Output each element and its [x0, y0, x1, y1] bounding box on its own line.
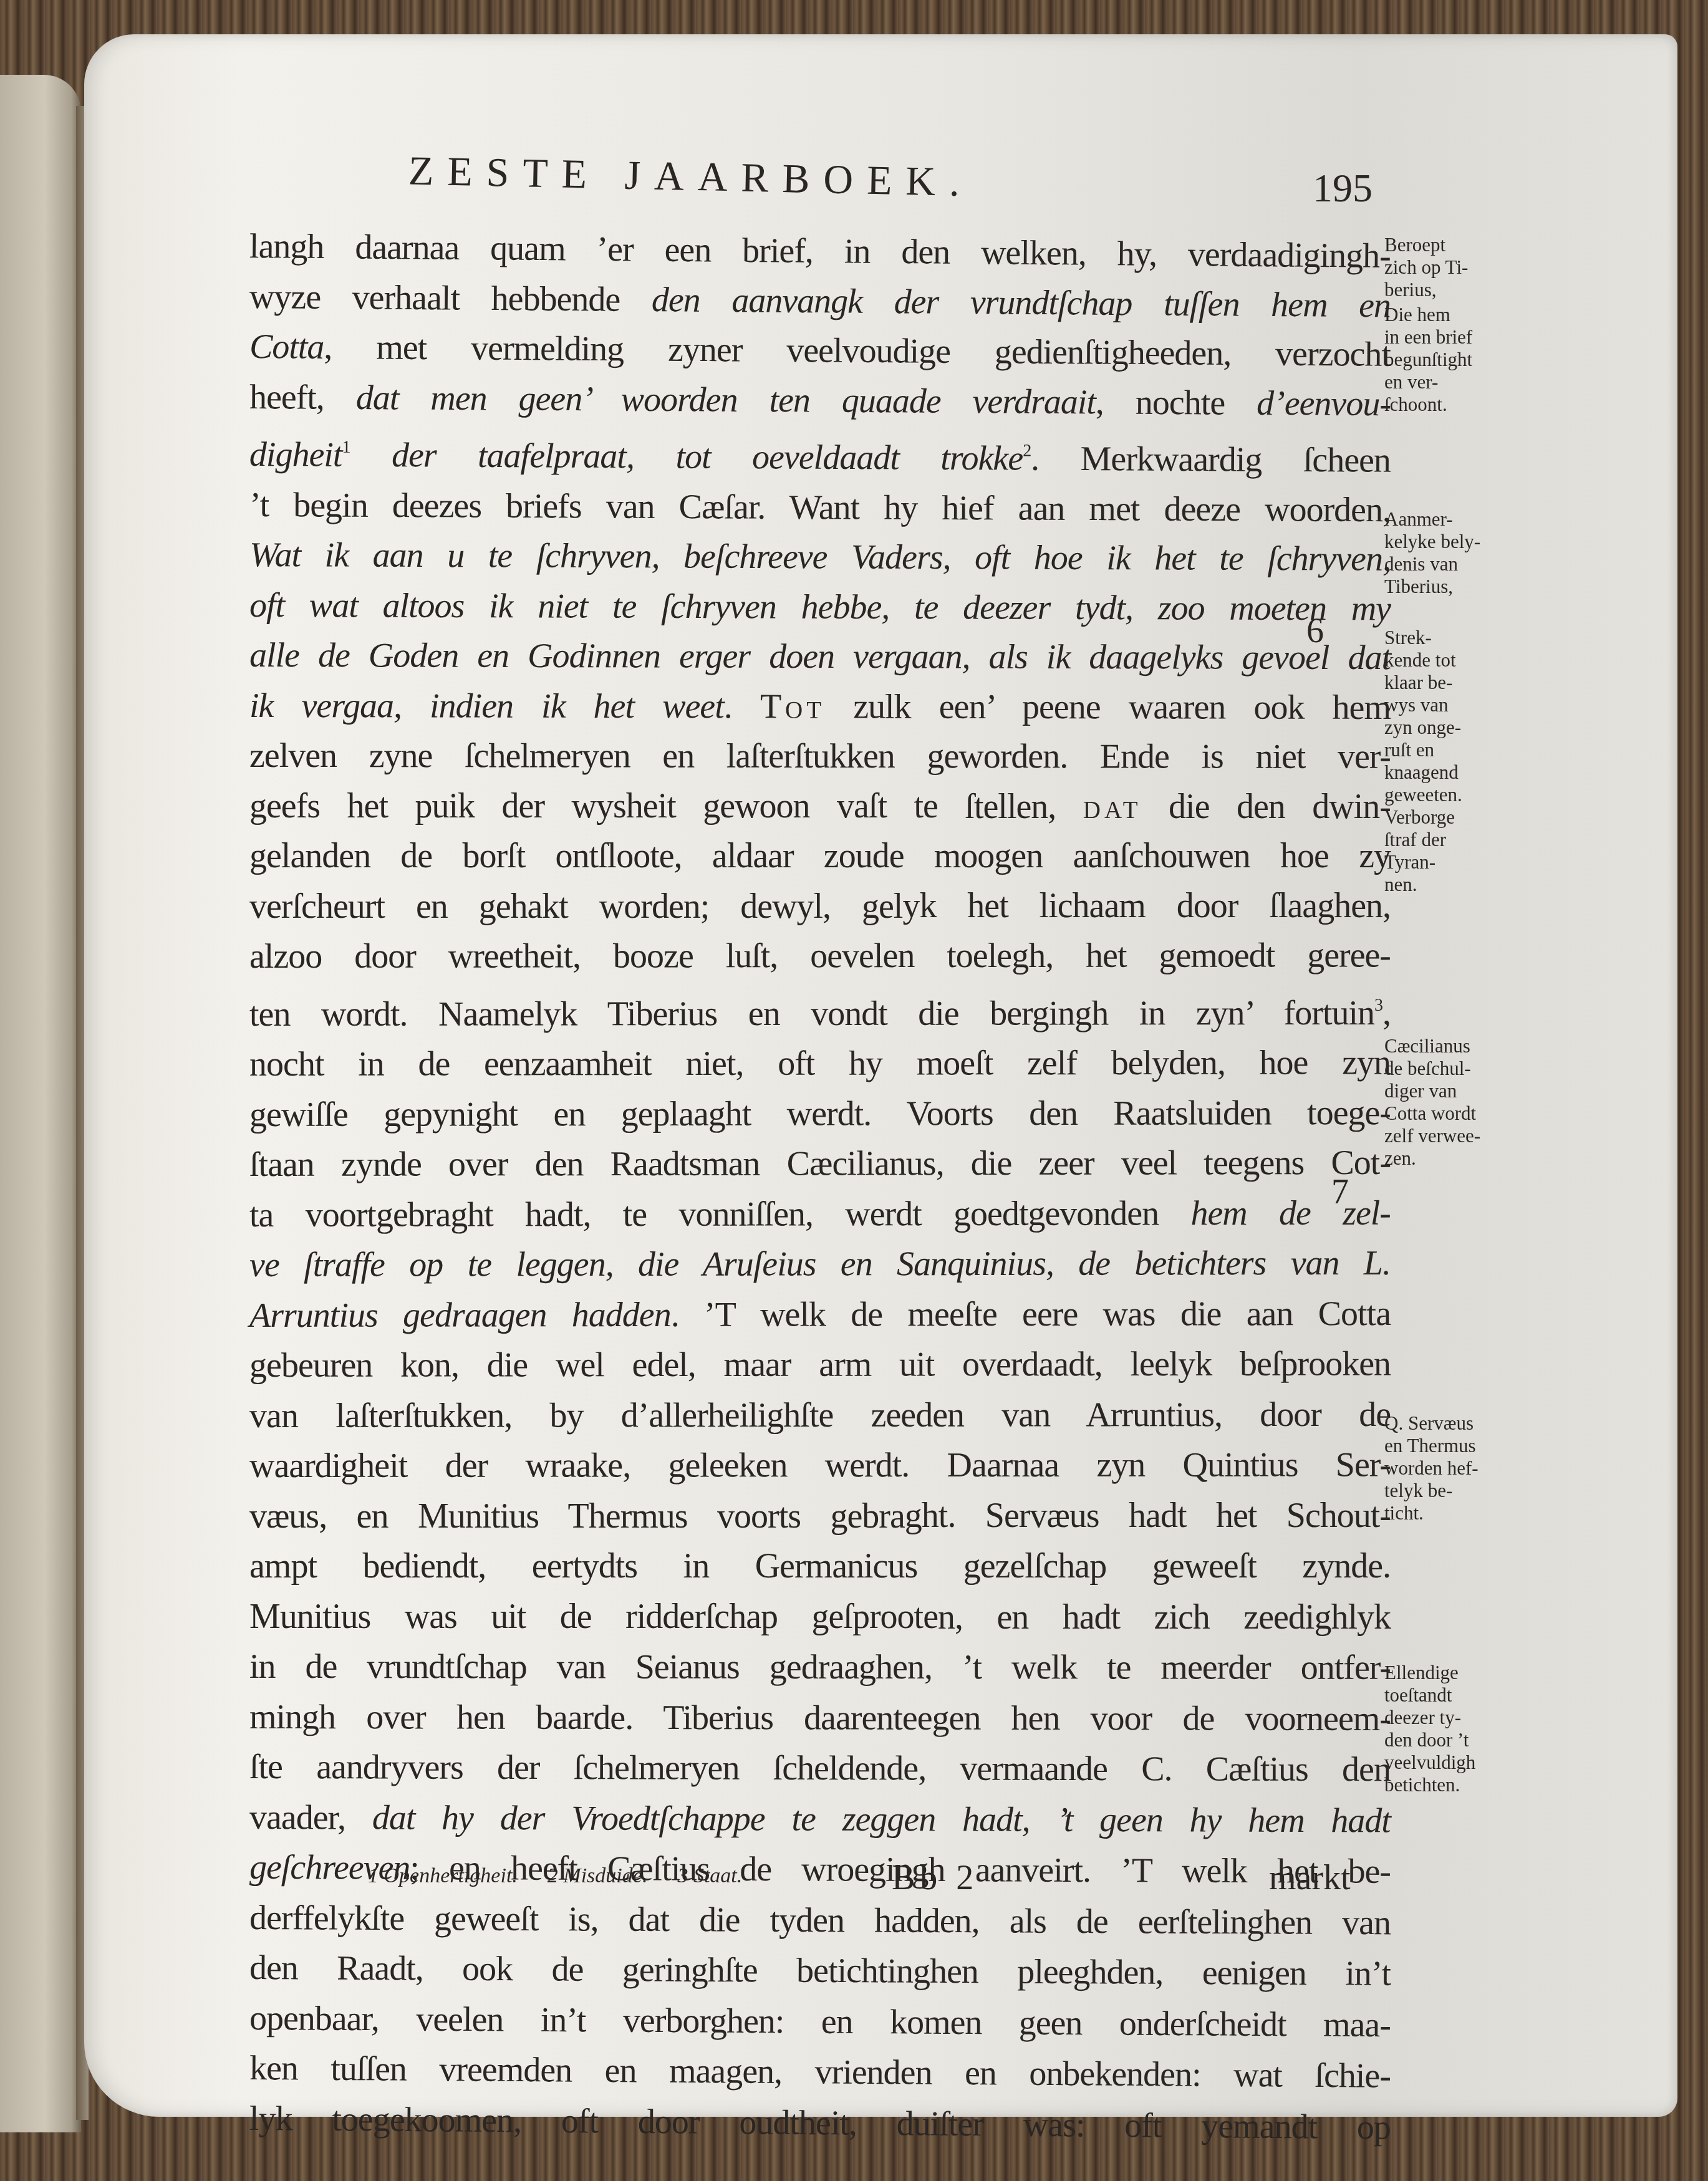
footnote-ref: 2 — [1023, 441, 1031, 461]
margin-note-line: Cotta wordt — [1384, 1102, 1546, 1125]
text-line: nocht in de eenzaamheit niet, oft hy moe… — [249, 1038, 1391, 1089]
margin-note-line: nen. — [1384, 874, 1546, 896]
text-line: ampt bediendt, eertydts in Germanicus ge… — [249, 1541, 1391, 1592]
text-run: dat — [1083, 787, 1142, 826]
text-line: gebeuren kon, die wel edel, maar arm uit… — [249, 1339, 1391, 1390]
text-line: væus, en Munitius Thermus voorts gebragh… — [249, 1491, 1391, 1541]
text-run: verſcheurt en gehakt worden; dewyl, gely… — [249, 887, 1391, 926]
margin-note-line: knaagend — [1384, 761, 1546, 784]
running-head: ZESTE JAARBOEK. — [408, 147, 1219, 211]
margin-note-line: toeſtandt — [1384, 1684, 1546, 1707]
text-line: verſcheurt en gehakt worden; dewyl, gely… — [249, 881, 1391, 932]
margin-note-line: Ellendige — [1384, 1662, 1546, 1684]
text-run: ik vergaa, indien ik het weet — [249, 686, 724, 726]
text-line: digheit1 der taafelpraat, tot oeveldaadt… — [249, 422, 1391, 486]
left-page-edge — [0, 75, 81, 2132]
margin-note-line: denis van — [1384, 553, 1546, 575]
text-run: mingh over hen baarde. Tiberius daarente… — [249, 1698, 1391, 1738]
margin-note: Cæcilianusde beſchul-diger vanCotta word… — [1384, 1035, 1546, 1170]
book-page: ZESTE JAARBOEK. 195 langh daarnaa quam ’… — [84, 34, 1677, 2117]
margin-note-line: worden hef- — [1384, 1457, 1546, 1480]
text-run: heeft, — [249, 378, 356, 417]
text-run: d’eenvou- — [1257, 383, 1391, 423]
margin-note-line: Tyran- — [1384, 851, 1546, 874]
margin-note-line: kelyke bely- — [1384, 531, 1546, 553]
margin-note-line: en ver- — [1384, 371, 1546, 393]
text-run: nocht in de eenzaamheit niet, oft hy moe… — [249, 1043, 1391, 1084]
text-line: ſtaan zynde over den Raadtsman Cæcilianu… — [249, 1138, 1391, 1190]
section-number: 7 — [1331, 1172, 1349, 1212]
text-line: langh daarnaa quam ’er een brief, in den… — [249, 221, 1391, 281]
margin-note-line: zelf verwee- — [1384, 1125, 1546, 1147]
text-run: Wat ik aan u te ſchryven, beſchreeve Vad… — [249, 536, 1391, 579]
margin-note: Aanmer-kelyke bely-denis vanTiberius, — [1384, 508, 1546, 598]
margin-note: Beroeptzich op Ti-berius, — [1384, 234, 1546, 301]
catchword: markt — [1269, 1858, 1351, 1898]
margin-note-line: berius, — [1384, 279, 1546, 301]
margin-note-line: geweeten. — [1384, 784, 1546, 806]
text-line: Wat ik aan u te ſchryven, beſchreeve Vad… — [249, 530, 1391, 584]
margin-note: Die hemin een briefbegunſtighten ver-ſch… — [1384, 304, 1546, 416]
margin-note-line: Die hem — [1384, 304, 1546, 326]
text-run: vaader, — [249, 1798, 372, 1837]
margin-note-line: den door ’t — [1384, 1729, 1546, 1751]
text-line: waardigheit der wraake, geleeken werdt. … — [249, 1440, 1391, 1491]
text-run: ta voortgebraght hadt, te vonniſſen, wer… — [249, 1194, 1191, 1235]
footnote-ref: 1 — [342, 438, 350, 457]
margin-note-line: ticht. — [1384, 1502, 1546, 1524]
text-run: den aanvangk der vrundtſchap tuſſen hem … — [652, 281, 1391, 325]
footnote: 2 Misduide. — [548, 1864, 648, 1887]
text-run: . Merkwaardig ſcheen — [1031, 440, 1391, 480]
text-run: . — [724, 687, 760, 726]
body-text: langh daarnaa quam ’er een brief, in den… — [249, 221, 1391, 2144]
text-line: in de vrundtſchap van Seianus gedraaghen… — [249, 1642, 1391, 1693]
text-run: , nochte — [1096, 383, 1257, 423]
margin-note-line: ſchoont. — [1384, 393, 1546, 416]
margin-note: Q. Servæusen Thermusworden hef-telyk be-… — [1384, 1412, 1546, 1524]
text-run: die den dwin- — [1142, 787, 1391, 826]
margin-note-line: Beroept — [1384, 234, 1546, 256]
footnote-ref: 3 — [1374, 995, 1382, 1014]
section-number: 6 — [1306, 611, 1324, 651]
margin-note-line: zich op Ti- — [1384, 256, 1546, 279]
margin-note-line: ſtraf der — [1384, 829, 1546, 851]
text-line: ten wordt. Naamelyk Tiberius en vondt di… — [249, 980, 1391, 1039]
text-line: gelanden de borſt ontſloote, aldaar zoud… — [249, 831, 1391, 882]
text-run: langh daarnaa quam ’er een brief, in den… — [249, 227, 1391, 276]
text-run: ſte aandryvers der ſchelmeryen ſcheldend… — [249, 1748, 1391, 1789]
margin-note-line: en Thermus — [1384, 1435, 1546, 1457]
margin-note-line: diger van — [1384, 1080, 1546, 1102]
text-line: den Raadt, ook de geringhſte betichtingh… — [249, 1943, 1391, 1999]
text-run: Tot — [760, 687, 825, 726]
margin-note-line: telyk be- — [1384, 1480, 1546, 1502]
text-run: openbaar, veelen in’t verborghen: en kom… — [249, 1999, 1391, 2044]
text-run: van laſterſtukken, by d’allerheilighſte … — [249, 1395, 1391, 1435]
text-run: lyk toegekoomen, oft door oudtheit, duiſ… — [249, 2099, 1391, 2147]
text-run: alzoo door wreetheit, booze luſt, oevele… — [249, 936, 1391, 976]
signature-mark: Bb 2 — [892, 1858, 978, 1898]
text-run: dat hy der Vroedtſchappe te zeggen hadt,… — [372, 1798, 1391, 1840]
text-line: openbaar, veelen in’t verborghen: en kom… — [249, 1993, 1391, 2051]
text-run: gewiſſe gepynight en geplaaght werdt. Vo… — [249, 1094, 1391, 1134]
margin-note-line: kende tot — [1384, 649, 1546, 672]
text-line: ken tuſſen vreemden en maagen, vrienden … — [249, 2043, 1391, 2101]
margin-note-line: Aanmer- — [1384, 508, 1546, 531]
margin-note-line: betichten. — [1384, 1774, 1546, 1796]
text-run: ken tuſſen vreemden en maagen, vrienden … — [249, 2049, 1391, 2096]
text-line: heeft, dat men geen’ woorden ten quaade … — [249, 372, 1391, 430]
text-run: ten wordt. Naamelyk Tiberius en vondt di… — [249, 993, 1374, 1033]
margin-note-line: begunſtight — [1384, 349, 1546, 371]
text-run: wyze verhaalt hebbende — [249, 277, 652, 319]
text-line: ve ſtraffe op te leggen, die Aruſeius en… — [249, 1238, 1391, 1291]
text-line: vaader, dat hy der Vroedtſchappe te zegg… — [249, 1793, 1391, 1846]
text-run: ſtaan zynde over den Raadtsman Cæcilianu… — [249, 1143, 1391, 1184]
text-run: gelanden de borſt ontſloote, aldaar zoud… — [249, 837, 1391, 875]
text-run: zelven zyne ſchelmeryen en laſterſtukken… — [249, 736, 1391, 776]
text-run: , met vermelding zyner veelvoudige gedie… — [324, 328, 1391, 374]
text-line: ta voortgebraght hadt, te vonniſſen, wer… — [249, 1188, 1391, 1240]
text-run: Cotta — [249, 327, 324, 367]
text-line: alle de Goden en Godinnen erger doen ver… — [249, 630, 1391, 683]
text-line: Arruntius gedraagen hadden. ’T welk de m… — [249, 1289, 1391, 1341]
margin-note-line: Q. Servæus — [1384, 1412, 1546, 1435]
margin-note-line: de beſchul- — [1384, 1057, 1546, 1080]
margin-note-line: wys van — [1384, 694, 1546, 716]
text-run: gebeuren kon, die wel edel, maar arm uit… — [249, 1344, 1391, 1385]
text-line: Munitius was uit de ridderſchap geſproot… — [249, 1592, 1391, 1642]
text-line: wyze verhaalt hebbende den aanvangk der … — [249, 272, 1391, 331]
text-run: , — [1382, 993, 1391, 1032]
text-run: in de vrundtſchap van Seianus gedraaghen… — [249, 1647, 1391, 1687]
text-run: alle de Goden en Godinnen erger doen ver… — [249, 636, 1391, 677]
text-run: ’t begin deezes briefs van Cæſar. Want h… — [249, 486, 1391, 529]
text-run: Munitius was uit de ridderſchap geſproot… — [249, 1597, 1391, 1637]
text-line: zelven zyne ſchelmeryen en laſterſtukken… — [249, 731, 1391, 782]
page-number: 195 — [1313, 165, 1373, 211]
text-line: mingh over hen baarde. Tiberius daarente… — [249, 1692, 1391, 1744]
margin-note-line: zyn onge- — [1384, 716, 1546, 739]
text-run: derffelykſte geweeſt is, dat die tyden h… — [249, 1899, 1391, 1942]
margin-note-line: Verborge — [1384, 806, 1546, 829]
margin-note-line: Strek- — [1384, 627, 1546, 649]
text-run: væus, en Munitius Thermus voorts gebragh… — [249, 1496, 1391, 1536]
text-line: van laſterſtukken, by d’allerheilighſte … — [249, 1389, 1391, 1441]
footnote: 3 Staat. — [677, 1864, 742, 1887]
text-run: oft wat altoos ik niet te ſchryven hebbe… — [249, 586, 1391, 628]
margin-note-line: klaar be- — [1384, 672, 1546, 694]
text-run: zulk een’ peene waaren ook hem — [825, 687, 1391, 726]
text-line: ſte aandryvers der ſchelmeryen ſcheldend… — [249, 1742, 1391, 1795]
text-line: ’t begin deezes briefs van Cæſar. Want h… — [249, 480, 1391, 536]
text-run: den Raadt, ook de geringhſte betichtingh… — [249, 1948, 1391, 1993]
margin-note-line: zen. — [1384, 1147, 1546, 1170]
text-line: ik vergaa, indien ik het weet. Tot zulk … — [249, 681, 1391, 733]
text-run: geefs het puik der wysheit gewoon vaſt t… — [249, 787, 1083, 826]
text-line: oft wat altoos ik niet te ſchryven hebbe… — [249, 580, 1391, 634]
text-run: . ’T welk de meeſte eere was die aan Cot… — [671, 1294, 1391, 1334]
margin-note: Ellendigetoeſtandtdeezer ty-den door ’tv… — [1384, 1662, 1546, 1796]
text-run: Arruntius gedraagen hadden — [249, 1295, 671, 1334]
margin-note-line: deezer ty- — [1384, 1707, 1546, 1729]
text-line: Cotta, met vermelding zyner veelvoudige … — [249, 322, 1391, 380]
text-run: ampt bediendt, eertydts in Germanicus ge… — [249, 1547, 1391, 1586]
text-run: waardigheit der wraake, geleeken werdt. … — [249, 1445, 1391, 1485]
margin-note: Strek-kende totklaar be-wys vanzyn onge-… — [1384, 627, 1546, 896]
text-line: derffelykſte geweeſt is, dat die tyden h… — [249, 1893, 1391, 1948]
text-line: lyk toegekoomen, oft door oudtheit, duiſ… — [249, 2094, 1391, 2153]
margin-note-line: ruſt en — [1384, 739, 1546, 761]
text-run: ve ſtraffe op te leggen, die Aruſeius en… — [249, 1244, 1391, 1284]
margin-note-line: Cæcilianus — [1384, 1035, 1546, 1057]
margin-note-line: veelvuldigh — [1384, 1751, 1546, 1774]
text-run: dat men geen’ woorden ten quaade verdraa… — [356, 378, 1096, 421]
text-run: der taafelpraat, tot oeveldaadt trokke — [350, 436, 1023, 478]
text-run: hem de zel- — [1190, 1193, 1391, 1233]
margin-note-line: Tiberius, — [1384, 575, 1546, 598]
footnote: 1 Openhertigheit. — [368, 1864, 518, 1887]
text-line: alzoo door wreetheit, booze luſt, oevele… — [249, 930, 1391, 981]
text-line: geefs het puik der wysheit gewoon vaſt t… — [249, 781, 1391, 832]
text-run: digheit — [249, 435, 342, 474]
margin-note-line: in een brief — [1384, 326, 1546, 349]
text-line: gewiſſe gepynight en geplaaght werdt. Vo… — [249, 1088, 1391, 1140]
